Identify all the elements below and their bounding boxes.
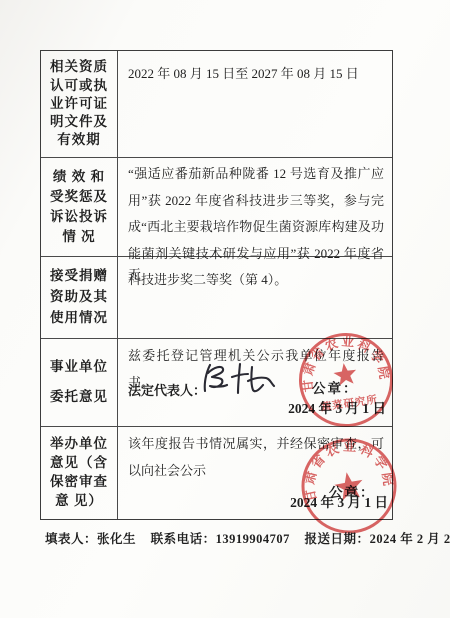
row-content-sponsor-opinion: 该年度报告书情况属实，并经保密审查，可以向社会公示 公章： 2024 年 3 月… [118,427,392,520]
annual-report-table: 相关资质 认可或执 业许可证 明文件及 有效期 2022 年 08 月 15 日… [40,50,393,520]
row-label-performance: 绩 效 和 受奖惩及 诉讼投诉 情 况 [41,158,118,256]
label-line: 委托意见 [50,390,108,405]
legal-representative-label: 法定代表人： [128,377,206,404]
filled-by: 填表人：张化生 [45,532,136,546]
row-content-qualification: 2022 年 08 月 15 日至 2027 年 08 月 15 日 [118,51,392,157]
label-line: 情 况 [62,230,95,245]
label-line: 诉讼投诉 [50,210,108,225]
label-line: 保密审查 [50,475,108,490]
row-content-performance: “强适应番茄新品种陇番 12 号选育及推广应用”获 2022 年度省科技进步三等… [118,158,392,256]
row-label-sponsor-opinion: 举办单位 意见（含 保密审查 意 见） [41,427,118,520]
label-line: 意见（含 [50,456,108,471]
label-line: 相关资质 [50,60,108,75]
validity-period-text: 2022 年 08 月 15 日至 2027 年 08 月 15 日 [128,60,384,87]
label-line: 认可或执 [50,79,108,94]
label-line: 受奖惩及 [50,190,108,205]
sponsor-statement: 该年度报告书情况属实，并经保密审查，可以向社会公示 [128,430,384,484]
table-row-donations: 接受捐赠 资助及其 使用情况 无 [41,257,392,339]
label-line: 举办单位 [50,437,108,452]
label-line: 意 见） [55,494,103,509]
table-row-qualification: 相关资质 认可或执 业许可证 明文件及 有效期 2022 年 08 月 15 日… [41,51,392,158]
table-row-performance: 绩 效 和 受奖惩及 诉讼投诉 情 况 “强适应番茄新品种陇番 12 号选育及推… [41,158,392,257]
filled-by-label: 填表人： [45,532,97,546]
legal-representative-signature [196,357,278,401]
row-label-qualification: 相关资质 认可或执 业许可证 明文件及 有效期 [41,51,118,157]
table-row-sponsor-opinion: 举办单位 意见（含 保密审查 意 见） 该年度报告书情况属实，并经保密审查，可以… [41,427,392,520]
label-line: 绩 效 和 [53,170,105,185]
table-row-unit-opinion: 事业单位 委托意见 兹委托登记管理机关公示我单位年度报告书。 法定代表人： 公章… [41,339,392,427]
label-line: 有效期 [57,133,101,148]
label-line: 事业单位 [50,360,108,375]
row-content-unit-opinion: 兹委托登记管理机关公示我单位年度报告书。 法定代表人： 公章： 2024 年 3… [118,339,392,426]
label-line: 资助及其 [50,290,108,305]
report-date-label: 报送日期： [305,532,370,546]
contact-phone: 联系电话：13919904707 [151,532,290,546]
row-label-donations: 接受捐赠 资助及其 使用情况 [41,257,118,338]
filled-by-value: 张化生 [97,532,136,546]
report-date-value: 2024 年 2 月 29 日 [370,532,450,546]
label-line: 接受捐赠 [50,269,108,284]
row-label-unit-opinion: 事业单位 委托意见 [41,339,118,426]
label-line: 业许可证 [50,97,108,112]
scanned-report-page: 相关资质 认可或执 业许可证 明文件及 有效期 2022 年 08 月 15 日… [0,0,450,618]
sponsor-opinion-date: 2024 年 3 月 1 日 [290,489,388,516]
donations-text: 无 [128,261,384,288]
phone-label: 联系电话： [151,532,216,546]
label-line: 明文件及 [50,115,108,130]
label-line: 使用情况 [50,311,108,326]
row-content-donations: 无 [118,257,392,338]
phone-value: 13919904707 [216,532,290,546]
form-footer: 填表人：张化生 联系电话：13919904707 报送日期：2024 年 2 月… [45,529,425,547]
unit-opinion-date: 2024 年 3 月 1 日 [288,395,386,422]
report-date: 报送日期：2024 年 2 月 29 日 [305,532,450,546]
